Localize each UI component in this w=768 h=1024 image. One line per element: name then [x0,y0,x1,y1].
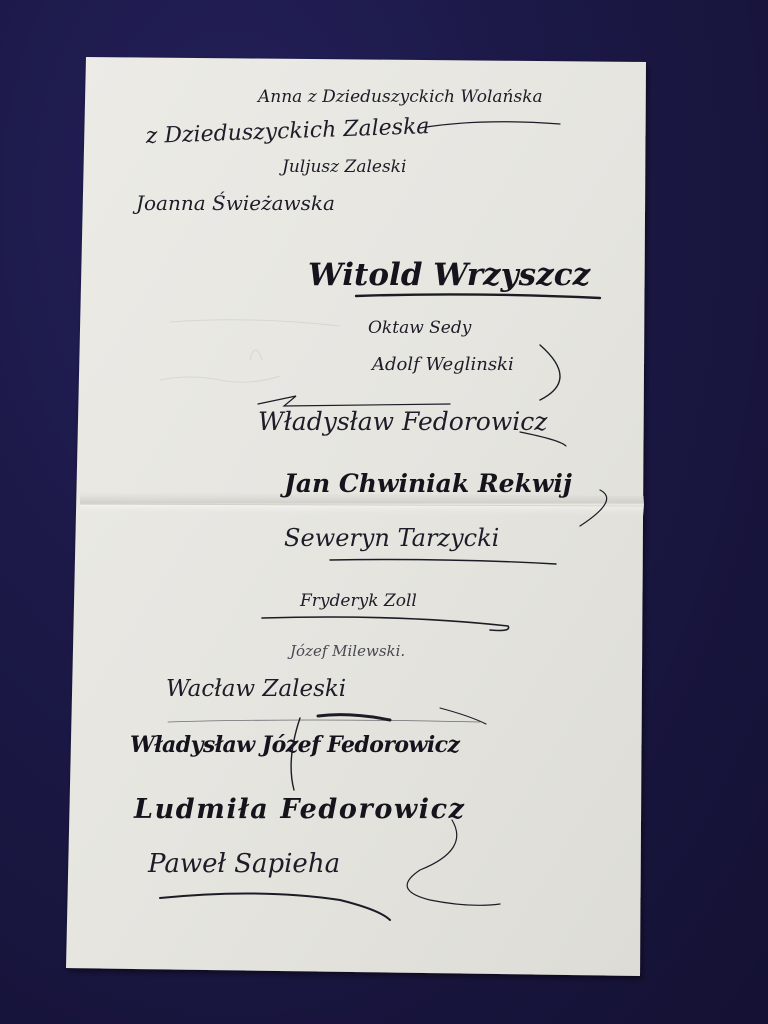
photo-scene: Anna z Dzieduszyckich Wolańska z Dziedus… [0,0,768,1024]
signature-5: Witold Wrzyszcz [308,257,592,293]
signature-6: Oktaw Sedy [368,318,472,338]
signature-11: Fryderyk Zoll [299,591,417,611]
signature-10: Seweryn Tarzycki [284,524,499,552]
signature-13: Wacław Zaleski [166,676,346,702]
document-photo: Anna z Dzieduszyckich Wolańska z Dziedus… [0,0,768,1024]
signature-12: Józef Milewski. [287,642,405,660]
signature-4: Joanna Świeżawska [132,191,335,215]
signature-8: Władysław Fedorowicz [258,407,548,436]
signature-3: Juljusz Zaleski [279,157,406,177]
signature-7: Adolf Weglinski [370,354,514,375]
signature-15: Ludmiła Fedorowicz [133,794,465,825]
signature-1: Anna z Dzieduszyckich Wolańska [256,87,543,107]
signature-9: Jan Chwiniak Rekwij [280,469,572,498]
signature-16: Paweł Sapieha [147,849,340,879]
